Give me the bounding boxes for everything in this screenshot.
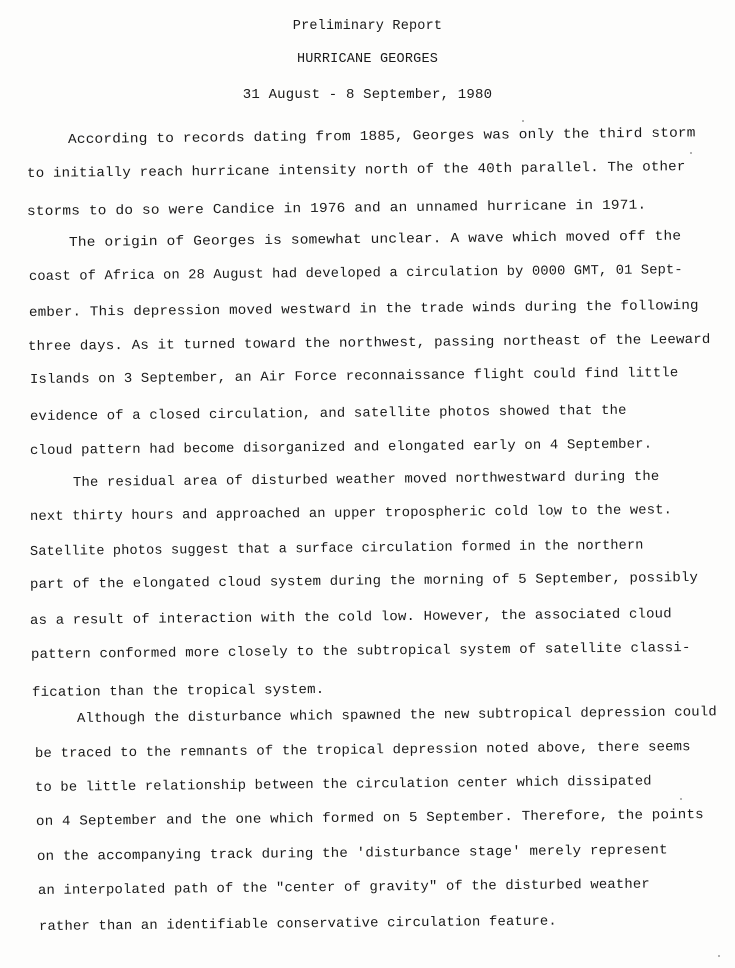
paragraph-line: three days. As it turned toward the nort… [28,333,711,355]
paragraph-line: fication than the tropical system. [32,683,324,701]
paragraph-line: to initially reach hurricane intensity n… [27,160,686,182]
report-type-heading: Preliminary Report [0,19,735,34]
scan-speck [680,798,682,800]
paragraph-line: next thirty hours and approached an uppe… [30,503,672,525]
paragraph-line: be traced to the remnants of the tropica… [35,740,691,762]
paragraph-line: Although the disturbance which spawned t… [77,705,717,727]
paragraph-line: as a result of interaction with the cold… [30,607,672,629]
paragraph-line: part of the elongated cloud system durin… [30,571,698,593]
paragraph-line: to be little relationship between the ci… [35,775,652,796]
paragraph-line: evidence of a closed circulation, and sa… [30,404,627,425]
paragraph-line: storms to do so were Candice in 1976 and… [27,199,646,220]
paragraph-line: on the accompanying track during the 'di… [37,843,668,865]
paragraph-line: an interpolated path of the "center of g… [38,878,650,899]
paragraph-line: pattern conformed more closely to the su… [31,641,691,663]
paragraph-line: on 4 September and the one which formed … [36,808,704,830]
paragraph-line: The residual area of disturbed weather m… [73,470,660,491]
paragraph-line: ember. This depression moved westward in… [29,299,699,321]
paragraph-line: Islands on 3 September, an Air Force rec… [30,366,679,388]
scan-speck [553,515,555,517]
paragraph-line: cloud pattern had become disorganized an… [30,437,652,459]
paragraph-line: The origin of Georges is somewhat unclea… [69,230,681,251]
scan-speck [718,955,720,957]
scan-speck [522,120,524,122]
paragraph-line: rather than an identifiable conservative… [39,915,557,935]
date-range-heading: 31 August - 8 September, 1980 [0,87,735,103]
document-page: Preliminary Report HURRICANE GEORGES 31 … [0,0,735,968]
storm-name-heading: HURRICANE GEORGES [0,52,735,67]
paragraph-line: coast of Africa on 28 August had develop… [29,263,683,285]
paragraph-line: According to records dating from 1885, G… [68,126,696,148]
scan-speck [690,152,692,154]
paragraph-line: Satellite photos suggest that a surface … [30,539,644,560]
